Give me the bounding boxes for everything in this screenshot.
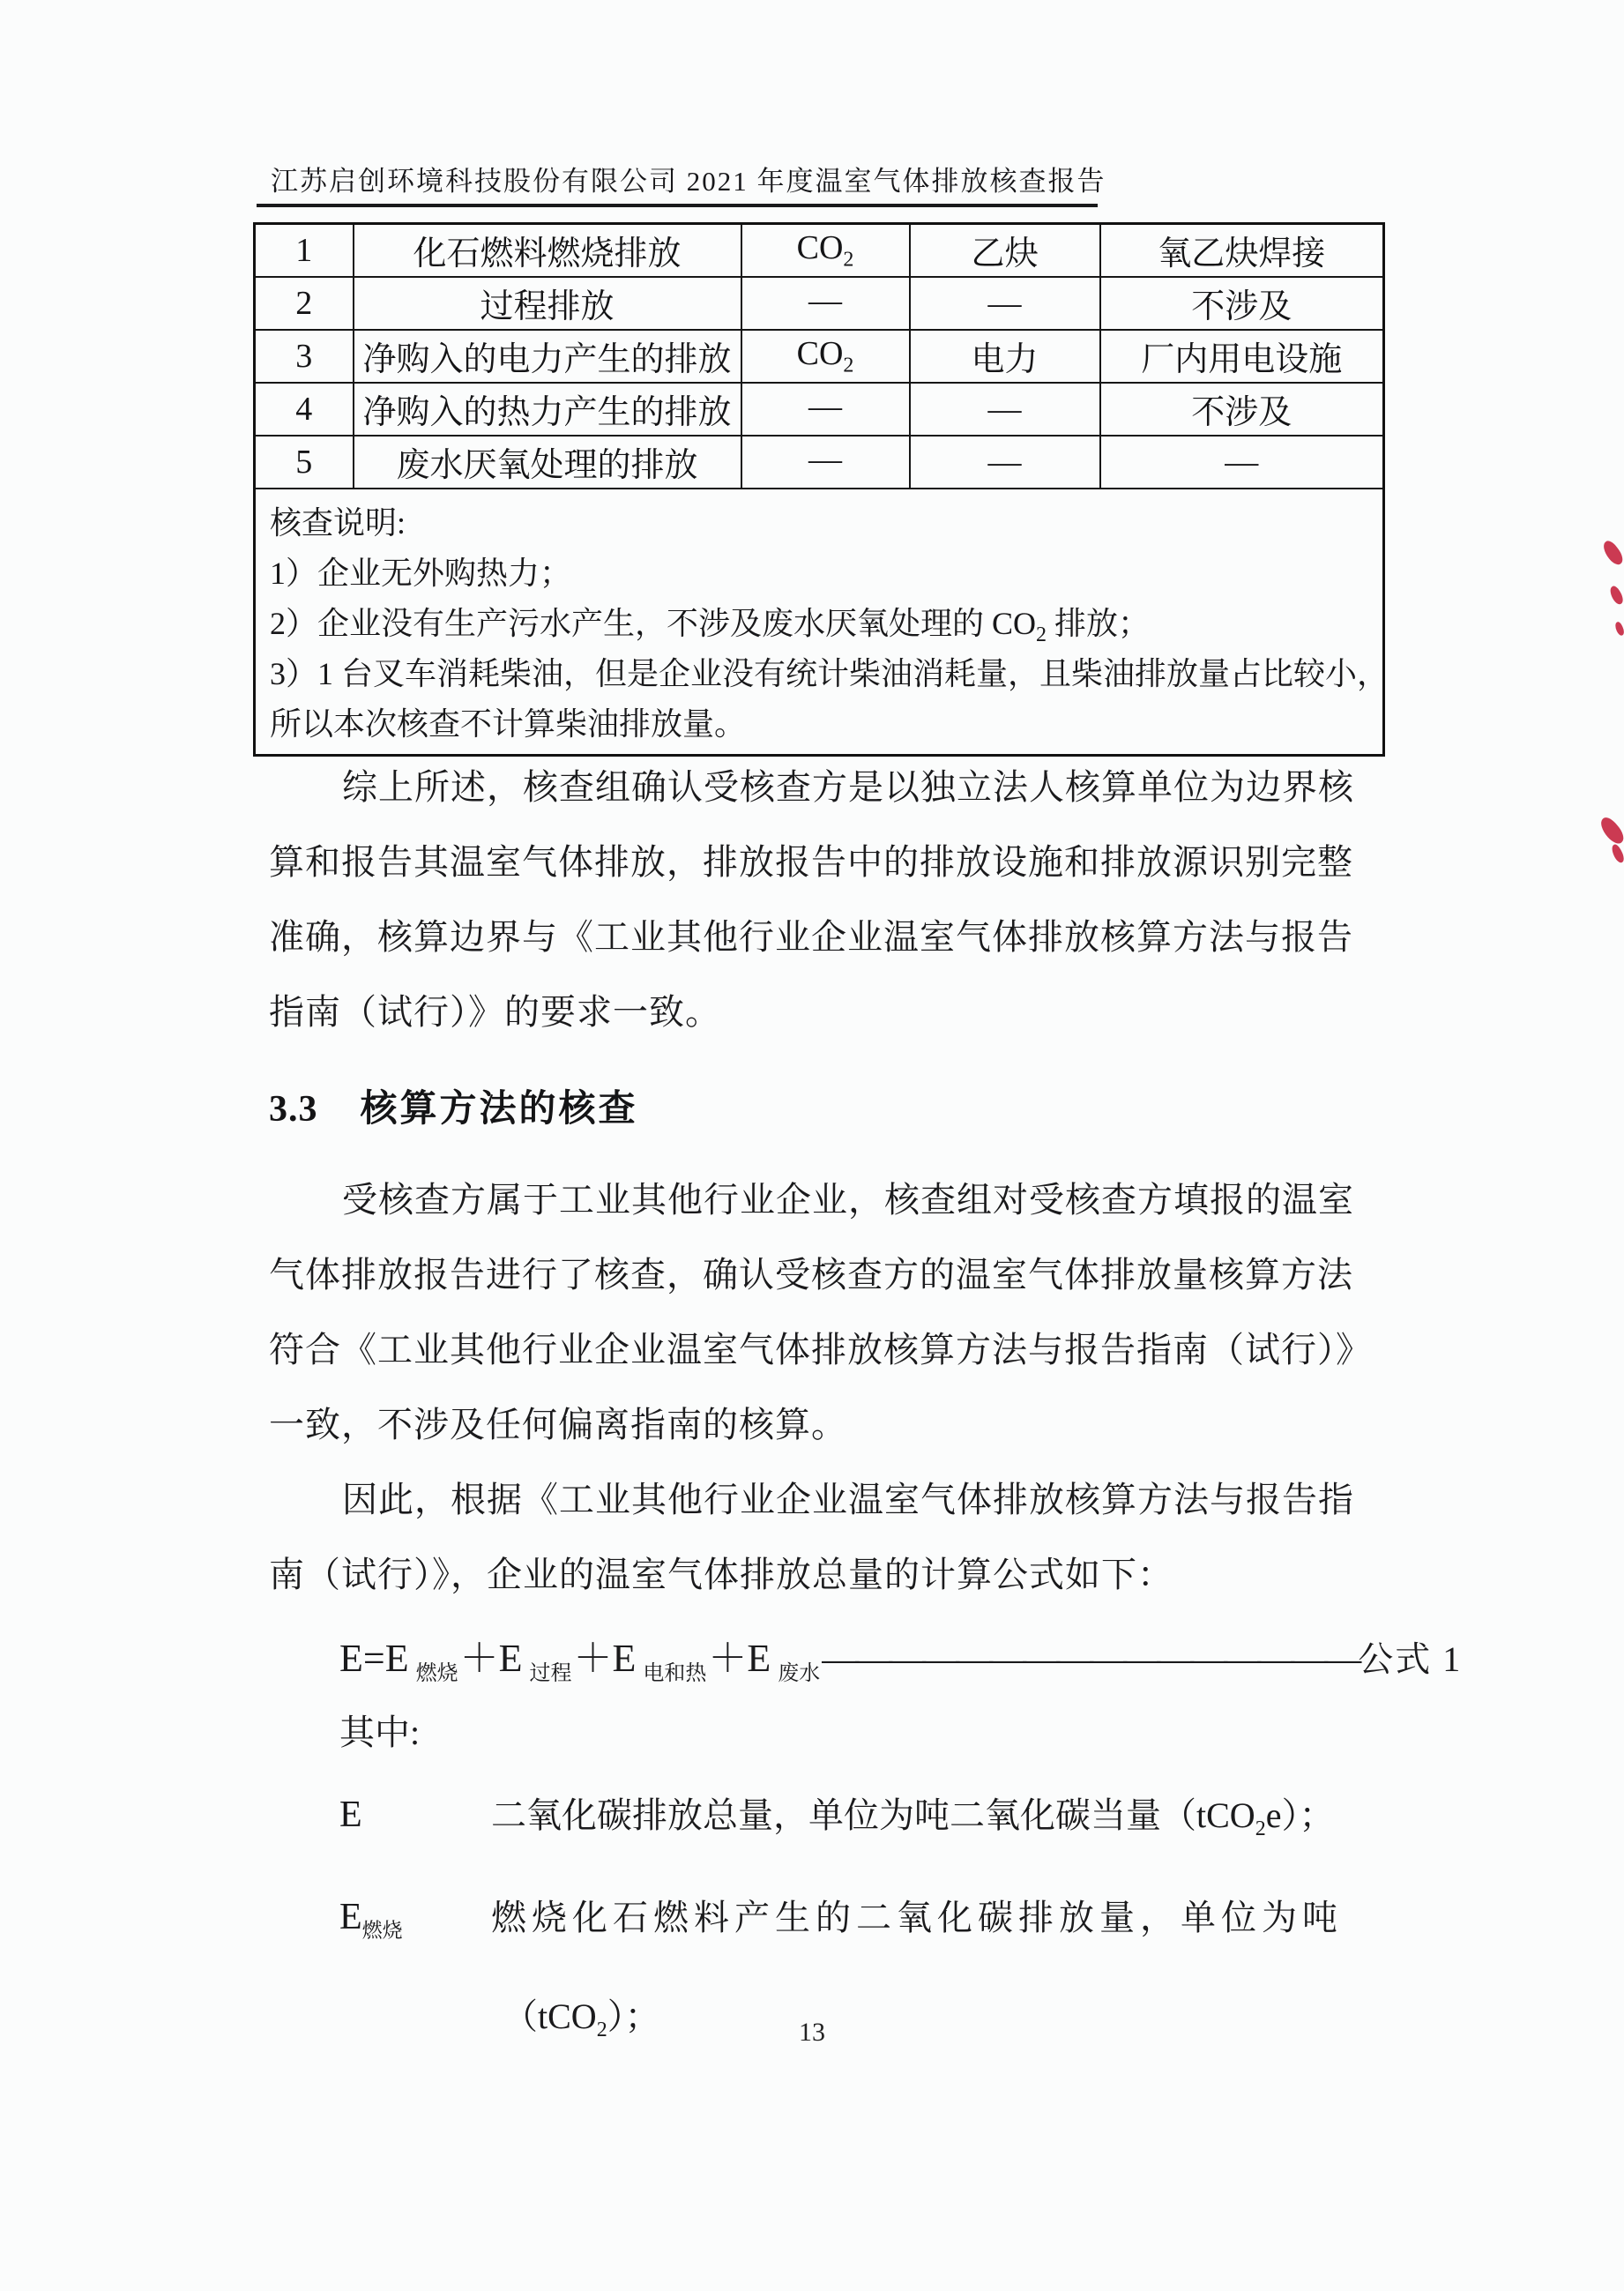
- cell-facility: 不涉及: [1100, 383, 1384, 436]
- cell-facility: —: [1100, 436, 1384, 489]
- cell-row-number: 3: [255, 330, 354, 383]
- definition-text-part: e）；: [1266, 1795, 1335, 1835]
- cell-gas: —: [741, 436, 910, 489]
- definition-term: E燃烧: [339, 1897, 403, 1937]
- text-line: 指南（试行）》的要求一致。: [269, 974, 1367, 1049]
- note-text: 排放；: [1047, 606, 1150, 641]
- cell-row-number: 4: [255, 383, 354, 436]
- cell-category: —: [910, 436, 1100, 489]
- note-item: 1）企业无外购热力；: [270, 548, 1370, 599]
- formula-lhs: E=E: [339, 1637, 409, 1680]
- text-line: 一致，不涉及任何偏离指南的核算。: [269, 1387, 1367, 1462]
- cell-emission-source: 净购入的电力产生的排放: [354, 330, 741, 383]
- table-row: 4 净购入的热力产生的排放 — — 不涉及: [255, 383, 1384, 436]
- table-notes-row: 核查说明: 1）企业无外购热力； 2）企业没有生产污水产生，不涉及废水厌氧处理的…: [255, 489, 1384, 756]
- cell-category: 乙炔: [910, 224, 1100, 277]
- document-page: 江苏启创环境科技股份有限公司 2021 年度温室气体排放核查报告 1 化石燃料燃…: [0, 0, 1624, 2291]
- formula-subscript: 电和热: [643, 1662, 706, 1685]
- text-line: 气体排放报告进行了核查，确认受核查方的温室气体排放量核算方法: [269, 1237, 1367, 1312]
- term-subscript: 燃烧: [362, 1919, 403, 1941]
- section-number: 3.3: [269, 1089, 318, 1130]
- cell-category: —: [910, 383, 1100, 436]
- text-line: 受核查方属于工业其他行业企业，核查组对受核查方填报的温室: [269, 1162, 1367, 1237]
- gas-base: CO: [797, 335, 844, 372]
- definition-text: 二氧化碳排放总量，单位为吨二氧化碳当量（tCO2e）；: [491, 1778, 1334, 1867]
- paragraph-formula-intro: 因此，根据《工业其他行业企业温室气体排放核算方法与报告指 南（试行）》，企业的温…: [269, 1462, 1367, 1612]
- text-line: 准确，核算边界与《工业其他行业企业温室气体排放核算方法与报告: [269, 899, 1367, 974]
- page-number: 13: [0, 2018, 1624, 2048]
- cell-category: 电力: [910, 330, 1100, 383]
- gas-base: —: [808, 388, 842, 425]
- formula-term: E: [499, 1637, 523, 1680]
- table-row: 5 废水厌氧处理的排放 — — —: [255, 436, 1384, 489]
- cell-emission-source: 净购入的热力产生的排放: [354, 383, 741, 436]
- plus-sign: ＋: [460, 1637, 499, 1680]
- definition-text: 燃烧化石燃料产生的二氧化碳排放量，单位为吨: [491, 1880, 1343, 1955]
- note-item: 2）企业没有生产污水产生，不涉及废水厌氧处理的 CO2 排放；: [270, 599, 1370, 649]
- cell-facility: 不涉及: [1100, 277, 1384, 330]
- text-line: 因此，根据《工业其他行业企业温室气体排放核算方法与报告指: [269, 1462, 1367, 1537]
- table-row: 3 净购入的电力产生的排放 CO2 电力 厂内用电设施: [255, 330, 1384, 383]
- section-title: 核算方法的核查: [361, 1089, 638, 1130]
- term-base: E: [339, 1897, 362, 1937]
- red-pen-mark-icon: [1613, 621, 1624, 637]
- formula-term: E: [612, 1637, 636, 1680]
- cell-category: —: [910, 277, 1100, 330]
- definition-term: E: [339, 1795, 362, 1835]
- plus-sign: ＋: [708, 1637, 747, 1680]
- cell-row-number: 5: [255, 436, 354, 489]
- co2-subscript: 2: [1255, 1817, 1266, 1840]
- formula-subscript: 燃烧: [416, 1662, 458, 1685]
- gas-base: —: [808, 282, 842, 319]
- definition-E: E 二氧化碳排放总量，单位为吨二氧化碳当量（tCO2e）；: [339, 1778, 362, 1853]
- notes-title: 核查说明:: [270, 498, 1370, 548]
- red-pen-mark-icon: [1607, 585, 1624, 607]
- verification-notes: 核查说明: 1）企业无外购热力； 2）企业没有生产污水产生，不涉及废水厌氧处理的…: [255, 489, 1384, 756]
- section-heading: 3.3核算方法的核查: [269, 1079, 638, 1132]
- header-divider: [257, 204, 1098, 207]
- gas-base: CO: [797, 229, 844, 266]
- cell-gas: —: [741, 383, 910, 436]
- formula-term: E: [747, 1637, 771, 1680]
- cell-emission-source: 化石燃料燃烧排放: [354, 224, 741, 277]
- red-pen-mark-icon: [1599, 539, 1624, 568]
- page-header: 江苏启创环境科技股份有限公司 2021 年度温室气体排放核查报告: [271, 159, 1106, 198]
- cell-row-number: 1: [255, 224, 354, 277]
- paragraph-summary: 综上所述，核查组确认受核查方是以独立法人核算单位为边界核 算和报告其温室气体排放…: [269, 750, 1367, 1049]
- text-line: 算和报告其温室气体排放，排放报告中的排放设施和排放源识别完整: [269, 825, 1367, 899]
- table-row: 1 化石燃料燃烧排放 CO2 乙炔 氧乙炔焊接: [255, 224, 1384, 277]
- text-line: 南（试行）》，企业的温室气体排放总量的计算公式如下：: [269, 1537, 1367, 1612]
- text-line: 符合《工业其他行业企业温室气体排放核算方法与报告指南（试行）》: [269, 1312, 1367, 1387]
- cell-gas: —: [741, 277, 910, 330]
- where-label: 其中:: [339, 1695, 420, 1770]
- formula-subscript: 废水: [778, 1662, 820, 1685]
- formula-label: 公式 1: [1358, 1639, 1462, 1679]
- co2-subscript: 2: [1036, 623, 1047, 646]
- gas-base: —: [808, 441, 842, 478]
- text-line: 综上所述，核查组确认受核查方是以独立法人核算单位为边界核: [269, 750, 1367, 825]
- formula-dash-rule: ————————————————: [822, 1639, 1358, 1680]
- cell-facility: 氧乙炔焊接: [1100, 224, 1384, 277]
- cell-emission-source: 过程排放: [354, 277, 741, 330]
- cell-facility: 厂内用电设施: [1100, 330, 1384, 383]
- emission-source-table: 1 化石燃料燃烧排放 CO2 乙炔 氧乙炔焊接 2 过程排放 — — 不涉及 3…: [253, 222, 1385, 757]
- red-pen-mark-icon: [1597, 815, 1624, 847]
- gas-subscript: 2: [843, 249, 853, 272]
- formula-subscript: 过程: [529, 1662, 571, 1685]
- note-text: 2）企业没有生产污水产生，不涉及废水厌氧处理的 CO: [270, 606, 1036, 641]
- cell-gas: CO2: [741, 330, 910, 383]
- red-pen-mark-icon: [1609, 843, 1624, 864]
- cell-row-number: 2: [255, 277, 354, 330]
- note-item: 所以本次核查不计算柴油排放量。: [270, 699, 1370, 750]
- note-item: 3）1 台叉车消耗柴油，但是企业没有统计柴油消耗量，且柴油排放量占比较小，: [270, 649, 1370, 699]
- definition-text-part: 二氧化碳排放总量，单位为吨二氧化碳当量（tCO: [491, 1795, 1255, 1835]
- table-row: 2 过程排放 — — 不涉及: [255, 277, 1384, 330]
- cell-emission-source: 废水厌氧处理的排放: [354, 436, 741, 489]
- definition-E-combustion: E燃烧 燃烧化石燃料产生的二氧化碳排放量，单位为吨: [339, 1880, 403, 1955]
- emission-formula: E=E燃烧＋E过程＋E电和热＋E废水————————————————公式 1: [339, 1621, 1462, 1696]
- cell-gas: CO2: [741, 224, 910, 277]
- plus-sign: ＋: [573, 1637, 612, 1680]
- paragraph-method: 受核查方属于工业其他行业企业，核查组对受核查方填报的温室 气体排放报告进行了核查…: [269, 1162, 1367, 1462]
- gas-subscript: 2: [843, 354, 853, 377]
